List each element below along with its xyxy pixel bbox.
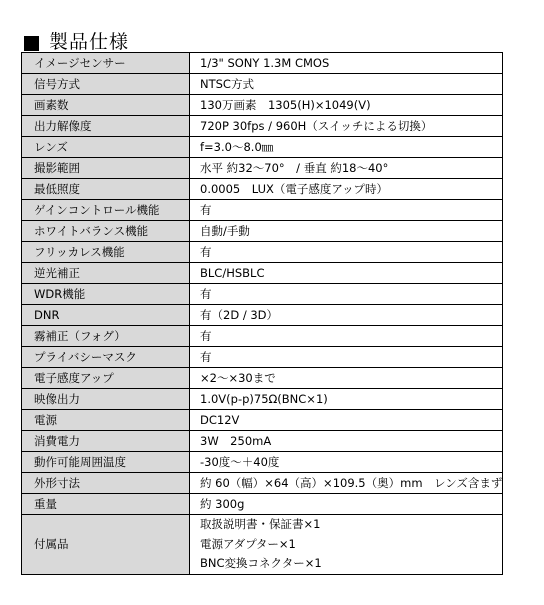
spec-key: フリッカレス機能 — [22, 242, 190, 263]
spec-value: 1.0V(p-p)75Ω(BNC×1) — [190, 389, 503, 410]
accessory-item: 取扱説明書・保証書×1 — [200, 515, 502, 535]
spec-key: DNR — [22, 305, 190, 326]
table-row: DNR有（2D / 3D） — [22, 305, 503, 326]
table-row: WDR機能有 — [22, 284, 503, 305]
table-row: 最低照度0.0005 LUX（電子感度アップ時） — [22, 179, 503, 200]
spec-value: f=3.0〜8.0㎜ — [190, 137, 503, 158]
table-row: 動作可能周囲温度-30度〜＋40度 — [22, 452, 503, 473]
spec-key: ゲインコントロール機能 — [22, 200, 190, 221]
table-row-accessories: 付属品 取扱説明書・保証書×1 電源アダプター×1 BNC変換コネクター×1 — [22, 515, 503, 575]
table-row: 映像出力1.0V(p-p)75Ω(BNC×1) — [22, 389, 503, 410]
accessory-item: 電源アダプター×1 — [200, 535, 502, 555]
spec-value: 3W 250mA — [190, 431, 503, 452]
table-row: 撮影範囲水平 約32〜70° / 垂直 約18〜40° — [22, 158, 503, 179]
spec-value: DC12V — [190, 410, 503, 431]
table-row: ゲインコントロール機能有 — [22, 200, 503, 221]
accessory-item: BNC変換コネクター×1 — [200, 554, 502, 574]
spec-value: 有 — [190, 242, 503, 263]
spec-value: 有 — [190, 347, 503, 368]
table-row: 消費電力3W 250mA — [22, 431, 503, 452]
spec-value: -30度〜＋40度 — [190, 452, 503, 473]
spec-key: 外形寸法 — [22, 473, 190, 494]
spec-key: 電子感度アップ — [22, 368, 190, 389]
spec-value: 有（2D / 3D） — [190, 305, 503, 326]
spec-key: 最低照度 — [22, 179, 190, 200]
table-row: 逆光補正BLC/HSBLC — [22, 263, 503, 284]
black-square-icon — [24, 36, 39, 51]
spec-key: プライバシーマスク — [22, 347, 190, 368]
spec-value: 約 60（幅）×64（高）×109.5（奥）mm レンズ含まず — [190, 473, 503, 494]
spec-key: WDR機能 — [22, 284, 190, 305]
section-title-text: 製品仕様 — [49, 31, 129, 53]
table-row: イメージセンサー1/3" SONY 1.3M CMOS — [22, 53, 503, 74]
spec-value: NTSC方式 — [190, 74, 503, 95]
table-row: 電源DC12V — [22, 410, 503, 431]
table-row: 重量約 300g — [22, 494, 503, 515]
spec-key: 画素数 — [22, 95, 190, 116]
table-row: 出力解像度720P 30fps / 960H（スイッチによる切換） — [22, 116, 503, 137]
spec-value: 有 — [190, 284, 503, 305]
spec-key: 出力解像度 — [22, 116, 190, 137]
table-row: プライバシーマスク有 — [22, 347, 503, 368]
spec-value: 水平 約32〜70° / 垂直 約18〜40° — [190, 158, 503, 179]
section-title: 製品仕様 — [24, 31, 129, 53]
spec-key: イメージセンサー — [22, 53, 190, 74]
spec-key: 撮影範囲 — [22, 158, 190, 179]
spec-key: 逆光補正 — [22, 263, 190, 284]
table-row: 信号方式NTSC方式 — [22, 74, 503, 95]
spec-value: 130万画素 1305(H)×1049(V) — [190, 95, 503, 116]
spec-key: 付属品 — [22, 515, 190, 575]
table-row: フリッカレス機能有 — [22, 242, 503, 263]
spec-value: 0.0005 LUX（電子感度アップ時） — [190, 179, 503, 200]
spec-key: 電源 — [22, 410, 190, 431]
spec-value: 約 300g — [190, 494, 503, 515]
table-row: ホワイトバランス機能自動/手動 — [22, 221, 503, 242]
spec-value-list: 取扱説明書・保証書×1 電源アダプター×1 BNC変換コネクター×1 — [190, 515, 503, 575]
table-row: 電子感度アップ×2〜×30まで — [22, 368, 503, 389]
spec-key: 重量 — [22, 494, 190, 515]
spec-table: イメージセンサー1/3" SONY 1.3M CMOS 信号方式NTSC方式 画… — [21, 52, 503, 575]
table-row: 外形寸法約 60（幅）×64（高）×109.5（奥）mm レンズ含まず — [22, 473, 503, 494]
table-row: 画素数130万画素 1305(H)×1049(V) — [22, 95, 503, 116]
spec-key: 消費電力 — [22, 431, 190, 452]
spec-key: 霧補正（フォグ） — [22, 326, 190, 347]
spec-key: 信号方式 — [22, 74, 190, 95]
spec-value: 有 — [190, 326, 503, 347]
spec-value: 1/3" SONY 1.3M CMOS — [190, 53, 503, 74]
table-row: レンズf=3.0〜8.0㎜ — [22, 137, 503, 158]
spec-value: 自動/手動 — [190, 221, 503, 242]
spec-key: ホワイトバランス機能 — [22, 221, 190, 242]
spec-key: 動作可能周囲温度 — [22, 452, 190, 473]
table-row: 霧補正（フォグ）有 — [22, 326, 503, 347]
spec-value: ×2〜×30まで — [190, 368, 503, 389]
spec-value: 有 — [190, 200, 503, 221]
spec-value: 720P 30fps / 960H（スイッチによる切換） — [190, 116, 503, 137]
spec-value: BLC/HSBLC — [190, 263, 503, 284]
spec-key: レンズ — [22, 137, 190, 158]
spec-key: 映像出力 — [22, 389, 190, 410]
